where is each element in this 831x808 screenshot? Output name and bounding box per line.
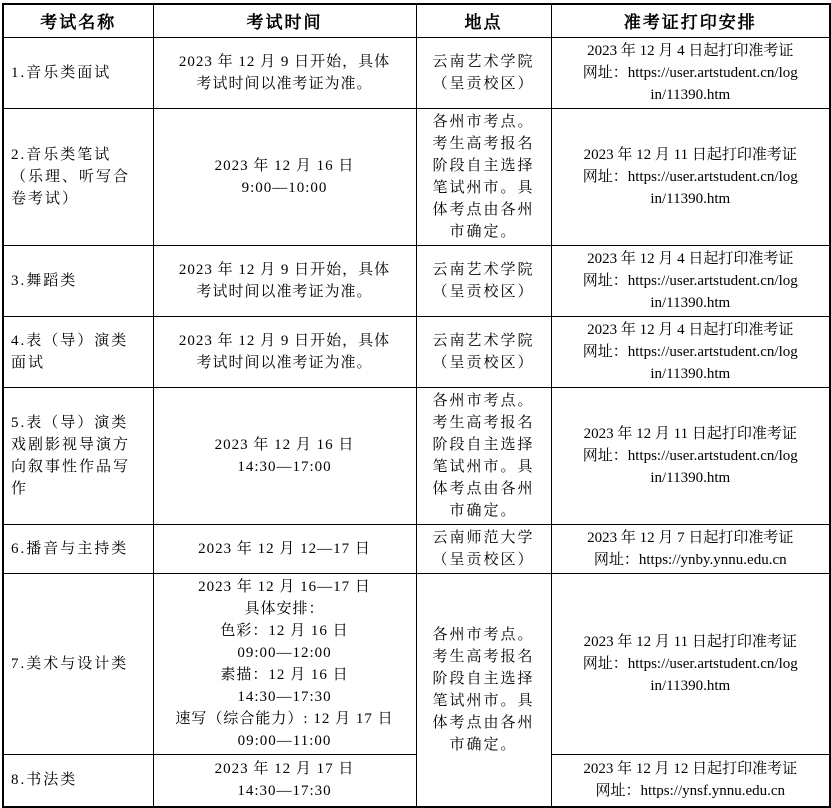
table-row: 7.美术与设计类 2023 年 12 月 16—17 日 具体安排： 色彩：12… — [3, 573, 830, 754]
exam-location-cell: 云南师范大学 （呈贡校区） — [416, 524, 551, 573]
document-page: 考试名称 考试时间 地点 准考证打印安排 1.音乐类面试 2023 年 12 月… — [0, 0, 831, 796]
table-row: 3.舞蹈类 2023 年 12 月 9 日开始，具体 考试时间以准考证为准。 云… — [3, 245, 830, 316]
exam-location-cell: 各州市考点。 考生高考报名 阶段自主选择 笔试州市。具 体考点由各州 市确定。 — [416, 108, 551, 245]
exam-time-cell: 2023 年 12 月 12—17 日 — [153, 524, 416, 573]
exam-name-cell: 2.音乐类笔试 （乐理、听写合 卷考试） — [3, 108, 153, 245]
exam-location-cell: 云南艺术学院 （呈贡校区） — [416, 245, 551, 316]
column-header-print-arrangement: 准考证打印安排 — [551, 4, 830, 37]
table-row: 4.表（导）演类 面试 2023 年 12 月 9 日开始，具体 考试时间以准考… — [3, 316, 830, 387]
exam-name-cell: 7.美术与设计类 — [3, 573, 153, 754]
print-info-cell: 2023 年 12 月 11 日起打印准考证 网址：https://user.a… — [551, 573, 830, 754]
print-info-cell: 2023 年 12 月 4 日起打印准考证 网址：https://user.ar… — [551, 37, 830, 108]
exam-time-cell: 2023 年 12 月 16 日 14:30—17:00 — [153, 387, 416, 524]
table-row: 2.音乐类笔试 （乐理、听写合 卷考试） 2023 年 12 月 16 日 9:… — [3, 108, 830, 245]
exam-time-cell: 2023 年 12 月 9 日开始，具体 考试时间以准考证为准。 — [153, 316, 416, 387]
exam-name-cell: 5.表（导）演类 戏剧影视导演方 向叙事性作品写 作 — [3, 387, 153, 524]
table-row: 6.播音与主持类 2023 年 12 月 12—17 日 云南师范大学 （呈贡校… — [3, 524, 830, 573]
exam-location-cell: 各州市考点。 考生高考报名 阶段自主选择 笔试州市。具 体考点由各州 市确定。 — [416, 387, 551, 524]
exam-time-cell: 2023 年 12 月 16 日 9:00—10:00 — [153, 108, 416, 245]
column-header-location: 地点 — [416, 4, 551, 37]
print-info-cell: 2023 年 12 月 11 日起打印准考证 网址：https://user.a… — [551, 387, 830, 524]
print-info-cell: 2023 年 12 月 11 日起打印准考证 网址：https://user.a… — [551, 108, 830, 245]
exam-name-cell: 4.表（导）演类 面试 — [3, 316, 153, 387]
header-row: 考试名称 考试时间 地点 准考证打印安排 — [3, 4, 830, 37]
exam-time-cell: 2023 年 12 月 17 日 14:30—17:30 — [153, 754, 416, 807]
exam-schedule-table: 考试名称 考试时间 地点 准考证打印安排 1.音乐类面试 2023 年 12 月… — [2, 3, 831, 808]
column-header-exam-time: 考试时间 — [153, 4, 416, 37]
table-row: 1.音乐类面试 2023 年 12 月 9 日开始，具体 考试时间以准考证为准。… — [3, 37, 830, 108]
exam-time-cell: 2023 年 12 月 9 日开始，具体 考试时间以准考证为准。 — [153, 245, 416, 316]
exam-location-cell: 云南艺术学院 （呈贡校区） — [416, 37, 551, 108]
exam-location-cell-merged: 各州市考点。 考生高考报名 阶段自主选择 笔试州市。具 体考点由各州 市确定。 — [416, 573, 551, 807]
exam-time-cell: 2023 年 12 月 9 日开始，具体 考试时间以准考证为准。 — [153, 37, 416, 108]
exam-name-cell: 3.舞蹈类 — [3, 245, 153, 316]
print-info-cell: 2023 年 12 月 4 日起打印准考证 网址：https://user.ar… — [551, 316, 830, 387]
table-row: 5.表（导）演类 戏剧影视导演方 向叙事性作品写 作 2023 年 12 月 1… — [3, 387, 830, 524]
exam-name-cell: 8.书法类 — [3, 754, 153, 807]
print-info-cell: 2023 年 12 月 4 日起打印准考证 网址：https://user.ar… — [551, 245, 830, 316]
print-info-cell: 2023 年 12 月 12 日起打印准考证 网址：https://ynsf.y… — [551, 754, 830, 807]
column-header-exam-name: 考试名称 — [3, 4, 153, 37]
exam-location-cell: 云南艺术学院 （呈贡校区） — [416, 316, 551, 387]
exam-name-cell: 6.播音与主持类 — [3, 524, 153, 573]
print-info-cell: 2023 年 12 月 7 日起打印准考证 网址：https://ynby.yn… — [551, 524, 830, 573]
exam-time-cell: 2023 年 12 月 16—17 日 具体安排： 色彩：12 月 16 日 0… — [153, 573, 416, 754]
exam-name-cell: 1.音乐类面试 — [3, 37, 153, 108]
